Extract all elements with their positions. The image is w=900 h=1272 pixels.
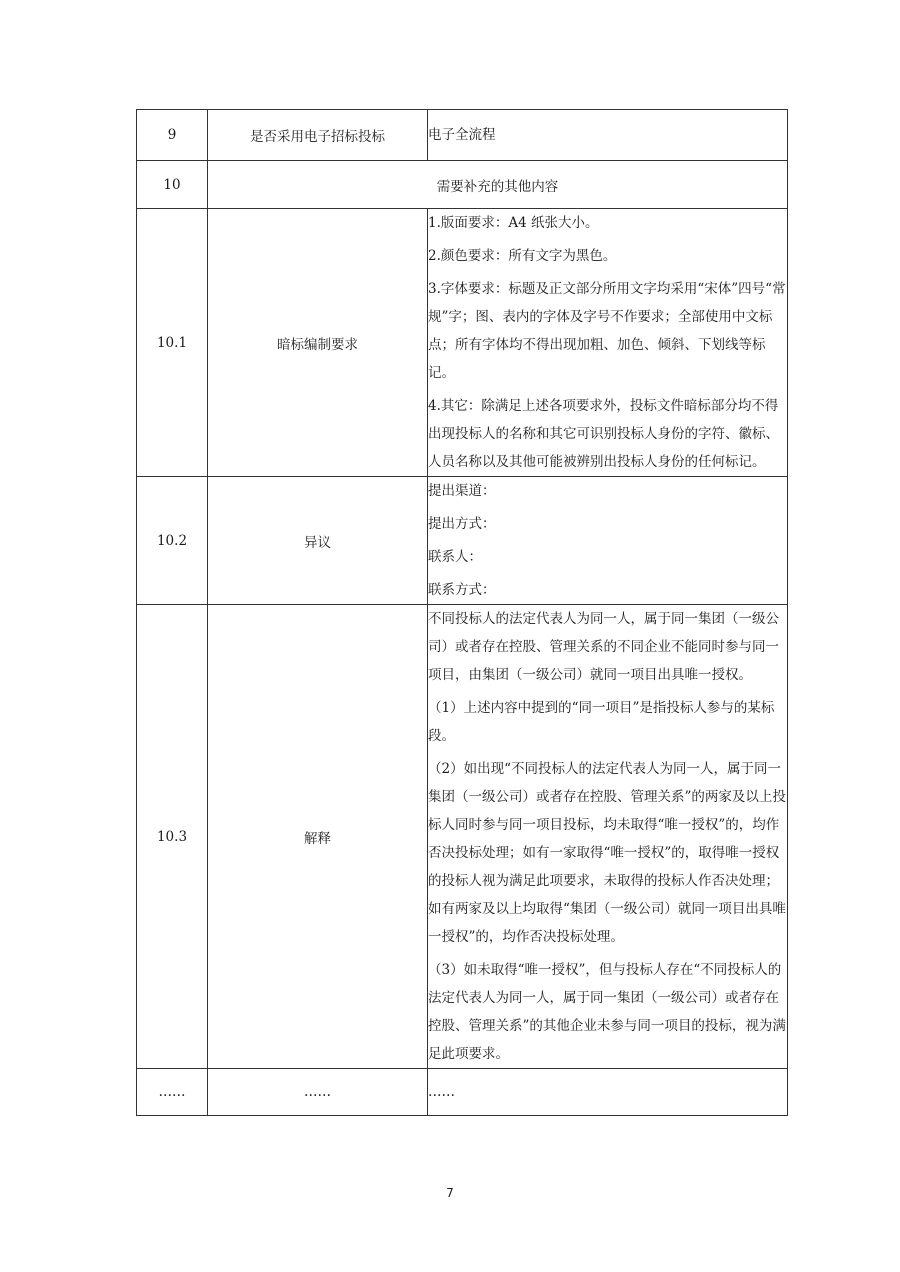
row-number: 9 bbox=[137, 110, 208, 161]
content-paragraph: …… bbox=[428, 1083, 787, 1101]
document-page: 9 是否采用电子招标投标 电子全流程 10 需要补充的其他内容 10.1 暗标编… bbox=[0, 0, 900, 1272]
row-number: 10.2 bbox=[137, 477, 208, 605]
row-content: 1.版面要求：A4 纸张大小。 2.颜色要求：所有文字为黑色。 3.字体要求：标… bbox=[428, 209, 788, 477]
content-paragraph: （3）如未取得“唯一授权”，但与投标人存在“不同投标人的法定代表人为同一人，属于… bbox=[428, 956, 787, 1068]
row-content: 提出渠道： 提出方式： 联系人： 联系方式： bbox=[428, 477, 788, 605]
row-number: 10.3 bbox=[137, 605, 208, 1069]
content-paragraph: 不同投标人的法定代表人为同一人，属于同一集团（一级公司）或者存在控股、管理关系的… bbox=[428, 605, 787, 689]
content-paragraph: 联系方式： bbox=[428, 576, 787, 604]
table-row-ellipsis: …… …… …… bbox=[137, 1069, 788, 1116]
row-label: 暗标编制要求 bbox=[208, 209, 428, 477]
row-content: 不同投标人的法定代表人为同一人，属于同一集团（一级公司）或者存在控股、管理关系的… bbox=[428, 605, 788, 1069]
row-label: 是否采用电子招标投标 bbox=[208, 110, 428, 161]
content-paragraph: 4.其它：除满足上述各项要求外，投标文件暗标部分均不得出现投标人的名称和其它可识… bbox=[428, 392, 787, 476]
content-paragraph: 提出方式： bbox=[428, 510, 787, 538]
content-paragraph: 1.版面要求：A4 纸张大小。 bbox=[428, 209, 787, 237]
row-content: …… bbox=[428, 1069, 788, 1116]
content-paragraph: 电子全流程 bbox=[428, 121, 787, 149]
tender-requirements-table: 9 是否采用电子招标投标 电子全流程 10 需要补充的其他内容 10.1 暗标编… bbox=[136, 109, 788, 1116]
content-paragraph: 提出渠道： bbox=[428, 477, 787, 505]
content-paragraph: 联系人： bbox=[428, 543, 787, 571]
row-number: 10.1 bbox=[137, 209, 208, 477]
table-row-9: 9 是否采用电子招标投标 电子全流程 bbox=[137, 110, 788, 161]
content-paragraph: （1）上述内容中提到的“同一项目”是指投标人参与的某标段。 bbox=[428, 694, 787, 750]
table-row-10-1: 10.1 暗标编制要求 1.版面要求：A4 纸张大小。 2.颜色要求：所有文字为… bbox=[137, 209, 788, 477]
row-number: 10 bbox=[137, 161, 208, 209]
row-label: …… bbox=[208, 1069, 428, 1116]
table-row-10-3: 10.3 解释 不同投标人的法定代表人为同一人，属于同一集团（一级公司）或者存在… bbox=[137, 605, 788, 1069]
content-paragraph: 3.字体要求：标题及正文部分所用文字均采用“宋体”四号“常规”字；图、表内的字体… bbox=[428, 275, 787, 387]
section-heading: 需要补充的其他内容 bbox=[208, 161, 788, 209]
page-number: 7 bbox=[0, 1186, 900, 1200]
row-number: …… bbox=[137, 1069, 208, 1116]
row-label: 解释 bbox=[208, 605, 428, 1069]
row-label: 异议 bbox=[208, 477, 428, 605]
table-row-10: 10 需要补充的其他内容 bbox=[137, 161, 788, 209]
content-paragraph: 2.颜色要求：所有文字为黑色。 bbox=[428, 242, 787, 270]
content-paragraph: （2）如出现“不同投标人的法定代表人为同一人，属于同一集团（一级公司）或者存在控… bbox=[428, 755, 787, 951]
row-content: 电子全流程 bbox=[428, 110, 788, 161]
table-row-10-2: 10.2 异议 提出渠道： 提出方式： 联系人： 联系方式： bbox=[137, 477, 788, 605]
